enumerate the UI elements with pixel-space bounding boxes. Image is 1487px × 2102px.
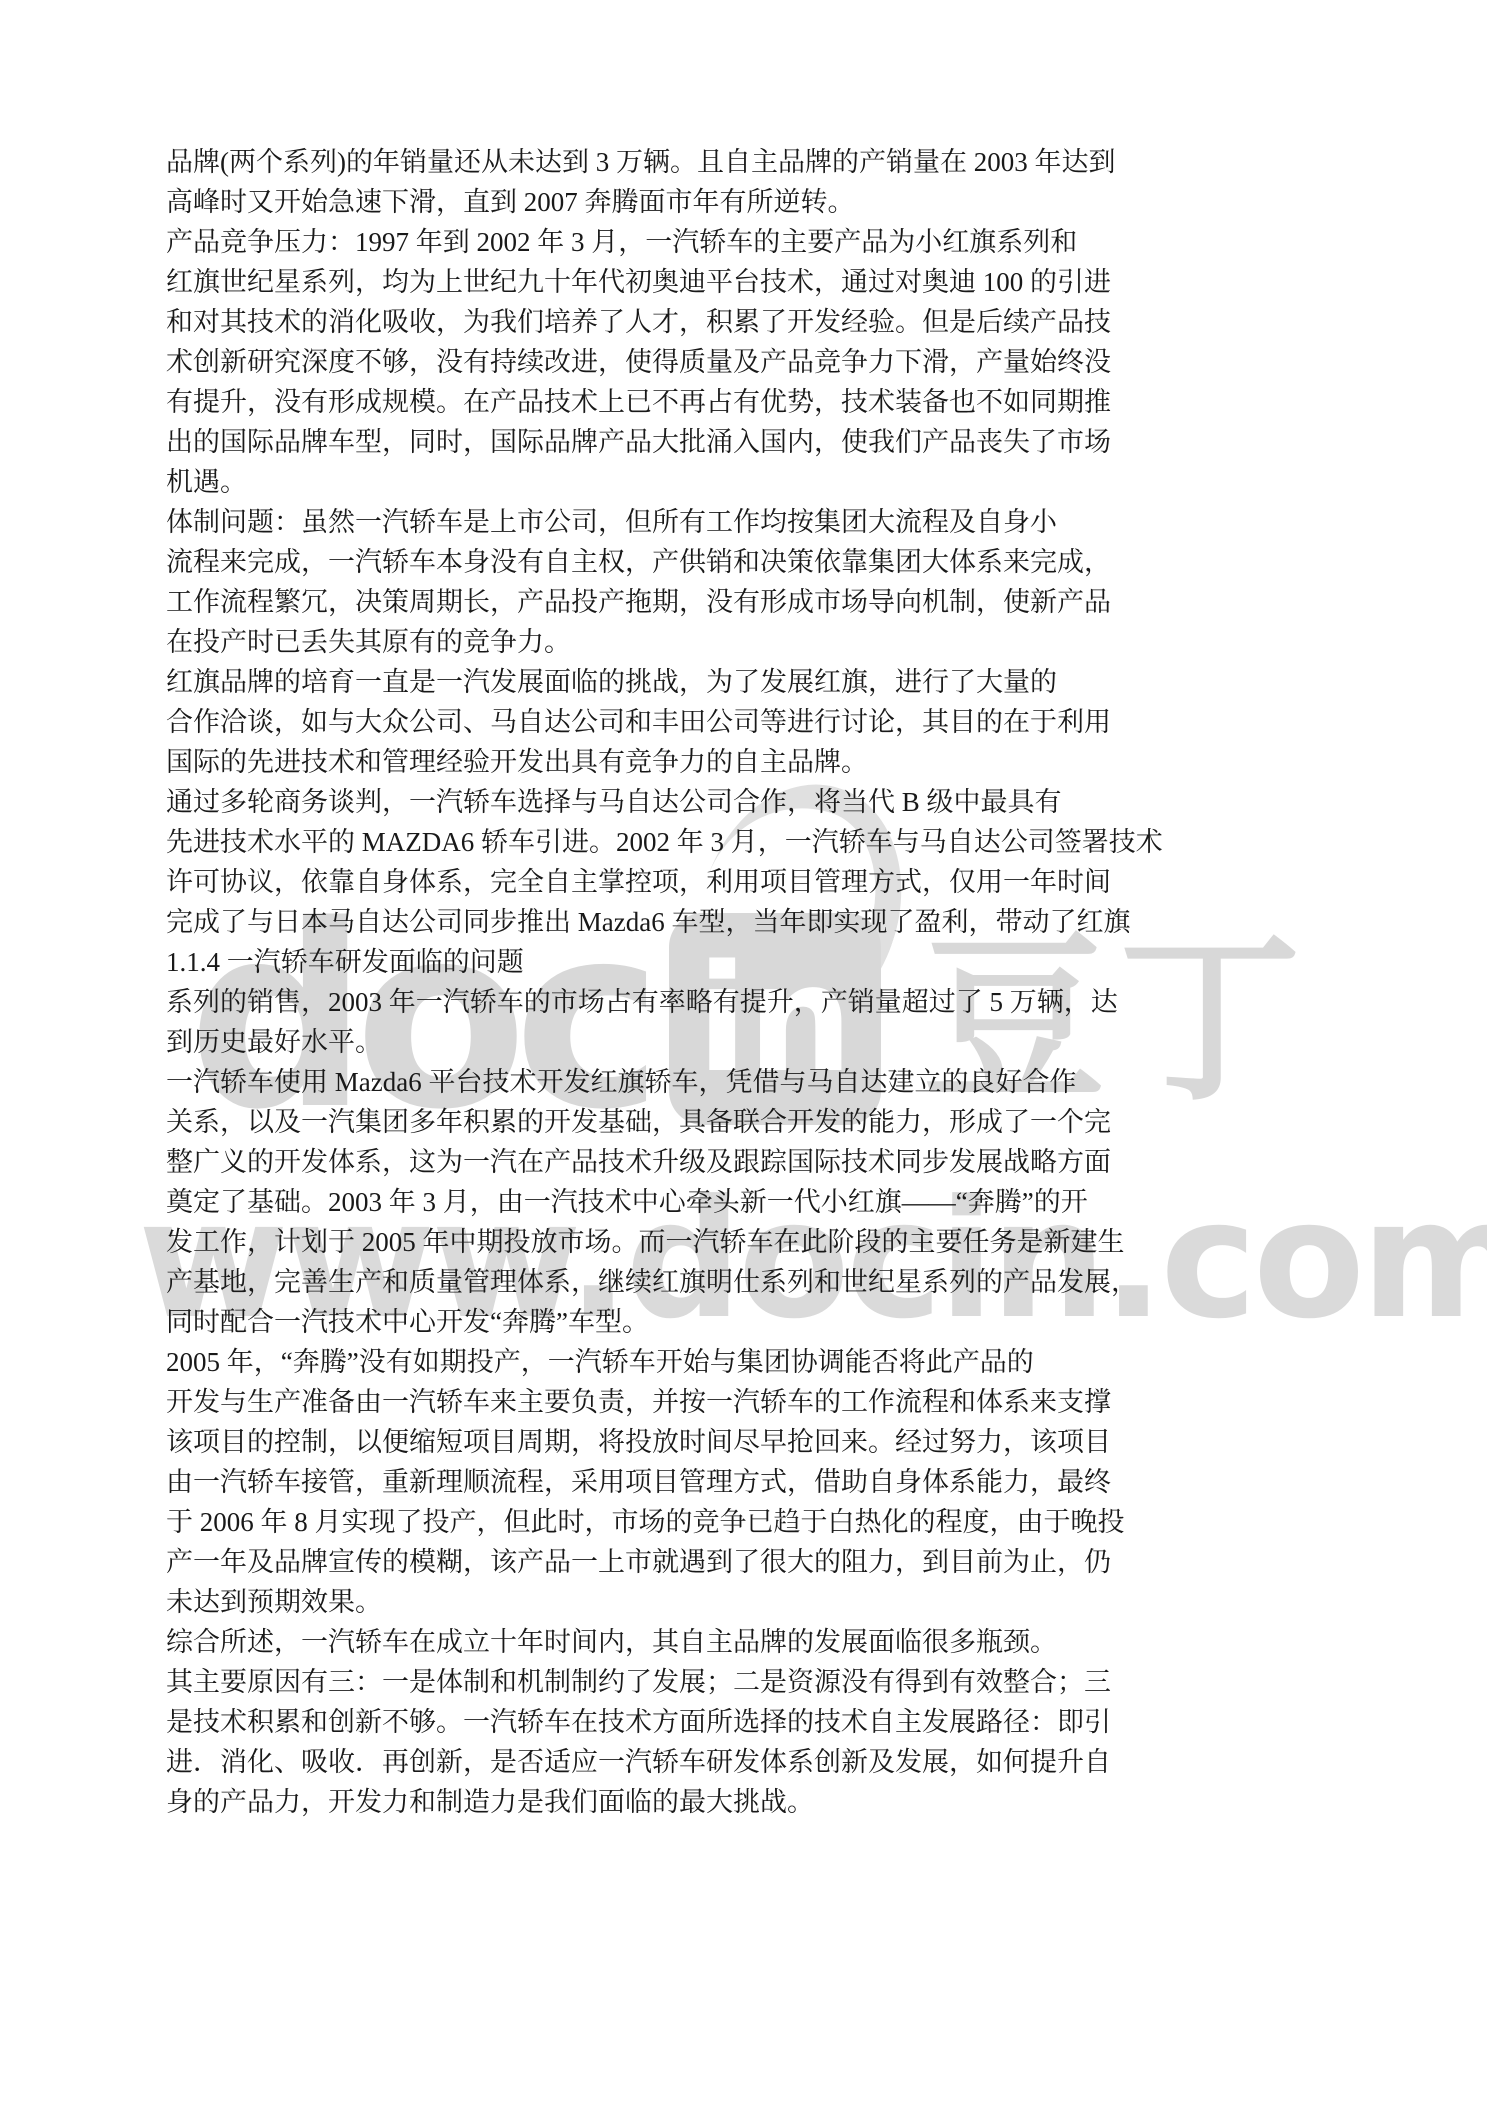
text-line: 是技术积累和创新不够。一汽轿车在技术方面所选择的技术自主发展路径：即引 bbox=[166, 1702, 1146, 1742]
text-line: 红旗世纪星系列，均为上世纪九十年代初奥迪平台技术，通过对奥迪 100 的引进 bbox=[166, 262, 1146, 302]
text-line: 产基地，完善生产和质量管理体系，继续红旗明仕系列和世纪星系列的产品发展， bbox=[166, 1262, 1146, 1302]
document-page: doc in 豆丁 www.docin.com 品牌(两个系列)的年销量还从未达… bbox=[0, 0, 1487, 2102]
text-line: 其主要原因有三：一是体制和机制制约了发展；二是资源没有得到有效整合；三 bbox=[166, 1662, 1146, 1702]
text-line: 国际的先进技术和管理经验开发出具有竞争力的自主品牌。 bbox=[166, 742, 1146, 782]
text-line: 和对其技术的消化吸收，为我们培养了人才，积累了开发经验。但是后续产品技 bbox=[166, 302, 1146, 342]
text-line: 整广义的开发体系，这为一汽在产品技术升级及跟踪国际技术同步发展战略方面 bbox=[166, 1142, 1146, 1182]
text-line: 许可协议，依靠自身体系，完全自主掌控项，利用项目管理方式，仅用一年时间 bbox=[166, 862, 1146, 902]
text-line: 体制问题：虽然一汽轿车是上市公司，但所有工作均按集团大流程及自身小 bbox=[166, 502, 1146, 542]
text-line: 同时配合一汽技术中心开发“奔腾”车型。 bbox=[166, 1302, 1146, 1342]
text-line: 在投产时已丢失其原有的竞争力。 bbox=[166, 622, 1146, 662]
text-line: 先进技术水平的 MAZDA6 轿车引进。2002 年 3 月，一汽轿车与马自达公… bbox=[166, 822, 1146, 862]
document-text: 品牌(两个系列)的年销量还从未达到 3 万辆。且自主品牌的产销量在 2003 年… bbox=[166, 142, 1146, 1822]
text-line: 合作洽谈，如与大众公司、马自达公司和丰田公司等进行讨论，其目的在于利用 bbox=[166, 702, 1146, 742]
text-line: 综合所述，一汽轿车在成立十年时间内，其自主品牌的发展面临很多瓶颈。 bbox=[166, 1622, 1146, 1662]
text-line: 于 2006 年 8 月实现了投产，但此时，市场的竞争已趋于白热化的程度，由于晚… bbox=[166, 1502, 1146, 1542]
text-line: 流程来完成，一汽轿车本身没有自主权，产供销和决策依靠集团大体系来完成， bbox=[166, 542, 1146, 582]
text-line: 术创新研究深度不够，没有持续改进，使得质量及产品竞争力下滑，产量始终没 bbox=[166, 342, 1146, 382]
text-line: 由一汽轿车接管，重新理顺流程，采用项目管理方式，借助自身体系能力，最终 bbox=[166, 1462, 1146, 1502]
text-line: 1.1.4 一汽轿车研发面临的问题 bbox=[166, 942, 1146, 982]
text-line: 发工作，计划于 2005 年中期投放市场。而一汽轿车在此阶段的主要任务是新建生 bbox=[166, 1222, 1146, 1262]
text-line: 品牌(两个系列)的年销量还从未达到 3 万辆。且自主品牌的产销量在 2003 年… bbox=[166, 142, 1146, 182]
text-line: 2005 年，“奔腾”没有如期投产，一汽轿车开始与集团协调能否将此产品的 bbox=[166, 1342, 1146, 1382]
text-line: 工作流程繁冗，决策周期长，产品投产拖期，没有形成市场导向机制，使新产品 bbox=[166, 582, 1146, 622]
text-line: 完成了与日本马自达公司同步推出 Mazda6 车型，当年即实现了盈利，带动了红旗 bbox=[166, 902, 1146, 942]
text-line: 该项目的控制，以便缩短项目周期，将投放时间尽早抢回来。经过努力，该项目 bbox=[166, 1422, 1146, 1462]
text-line: 进．消化、吸收．再创新，是否适应一汽轿车研发体系创新及发展，如何提升自 bbox=[166, 1742, 1146, 1782]
text-line: 通过多轮商务谈判，一汽轿车选择与马自达公司合作，将当代 B 级中最具有 bbox=[166, 782, 1146, 822]
text-line: 关系，以及一汽集团多年积累的开发基础，具备联合开发的能力，形成了一个完 bbox=[166, 1102, 1146, 1142]
text-line: 机遇。 bbox=[166, 462, 1146, 502]
text-line: 红旗品牌的培育一直是一汽发展面临的挑战，为了发展红旗，进行了大量的 bbox=[166, 662, 1146, 702]
text-line: 开发与生产准备由一汽轿车来主要负责，并按一汽轿车的工作流程和体系来支撑 bbox=[166, 1382, 1146, 1422]
text-line: 身的产品力，开发力和制造力是我们面临的最大挑战。 bbox=[166, 1782, 1146, 1822]
text-line: 一汽轿车使用 Mazda6 平台技术开发红旗轿车，凭借与马自达建立的良好合作 bbox=[166, 1062, 1146, 1102]
text-line: 系列的销售，2003 年一汽轿车的市场占有率略有提升，产销量超过了 5 万辆，达 bbox=[166, 982, 1146, 1022]
text-line: 未达到预期效果。 bbox=[166, 1582, 1146, 1622]
text-line: 产一年及品牌宣传的模糊，该产品一上市就遇到了很大的阻力，到目前为止，仍 bbox=[166, 1542, 1146, 1582]
text-line: 奠定了基础。2003 年 3 月，由一汽技术中心牵头新一代小红旗——“奔腾”的开 bbox=[166, 1182, 1146, 1222]
text-line: 出的国际品牌车型，同时，国际品牌产品大批涌入国内，使我们产品丧失了市场 bbox=[166, 422, 1146, 462]
text-line: 高峰时又开始急速下滑，直到 2007 奔腾面市年有所逆转。 bbox=[166, 182, 1146, 222]
text-line: 到历史最好水平。 bbox=[166, 1022, 1146, 1062]
text-line: 产品竞争压力：1997 年到 2002 年 3 月，一汽轿车的主要产品为小红旗系… bbox=[166, 222, 1146, 262]
text-line: 有提升，没有形成规模。在产品技术上已不再占有优势，技术装备也不如同期推 bbox=[166, 382, 1146, 422]
